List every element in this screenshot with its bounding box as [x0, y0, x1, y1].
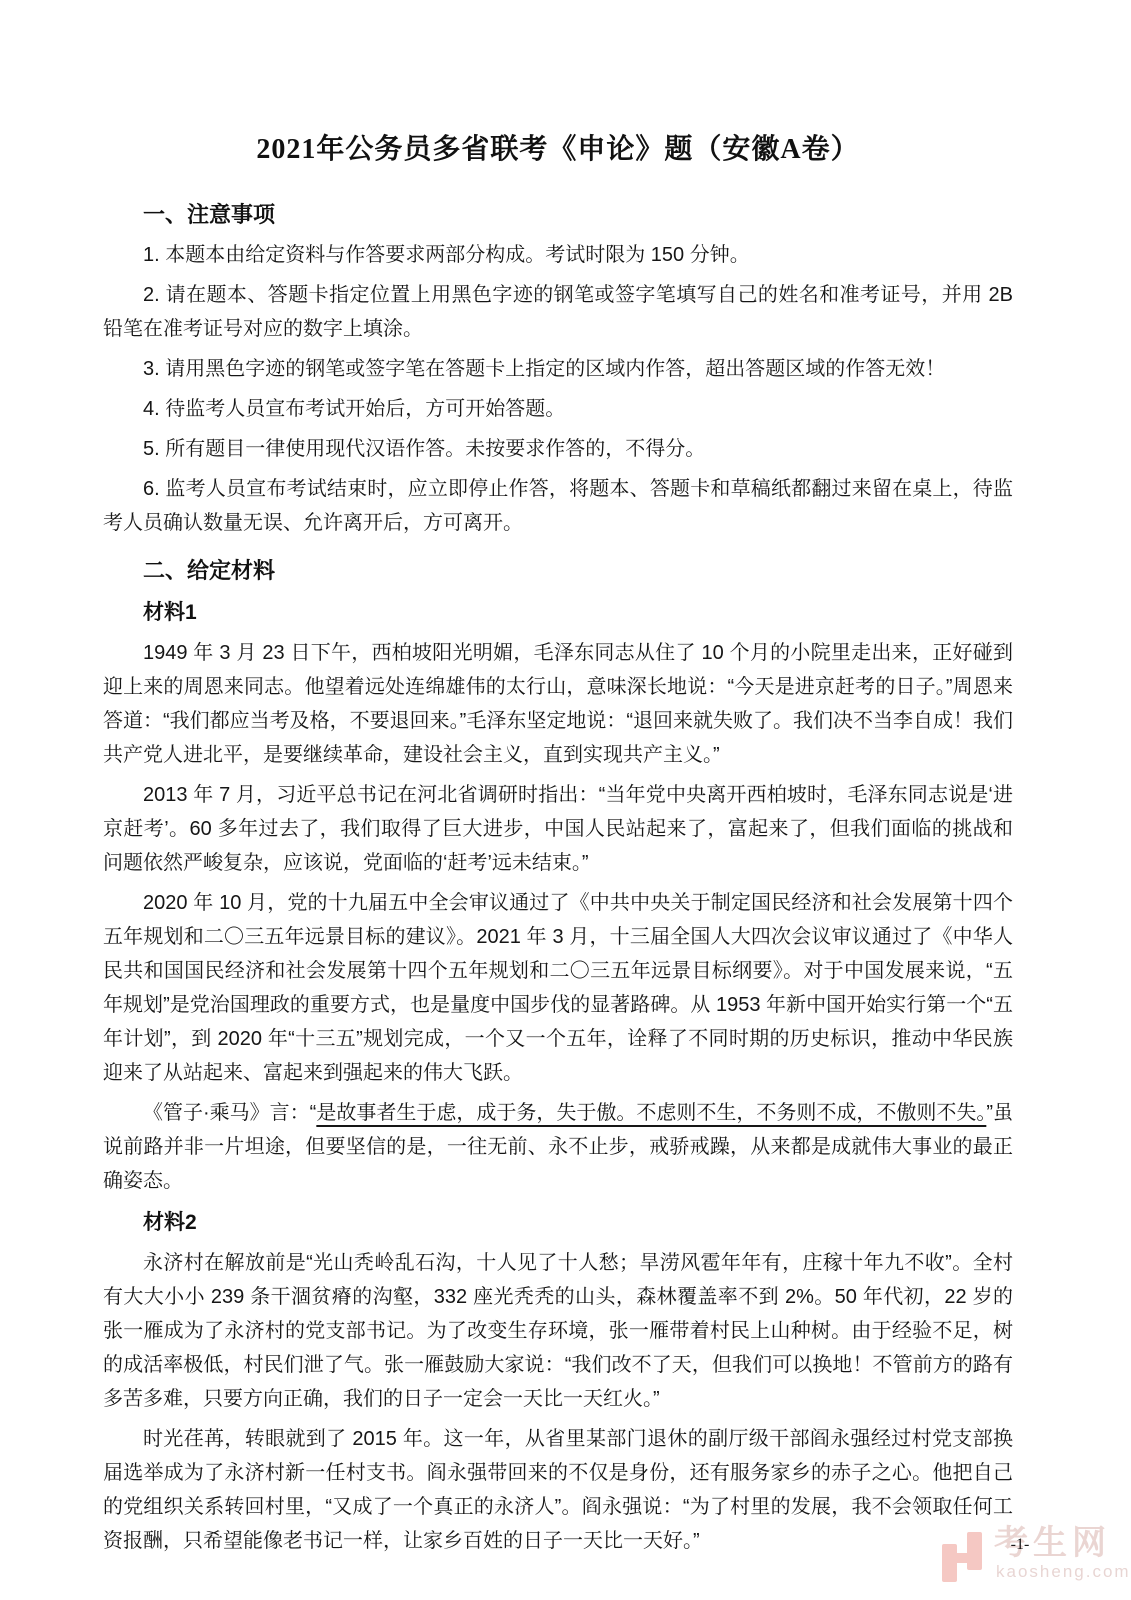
materials-heading: 二、给定材料 [103, 554, 1013, 588]
material-2-paragraph-1: 永济村在解放前是“光山秃岭乱石沟，十人见了十人愁；旱涝风雹年年有，庄稼十年九不收… [103, 1246, 1013, 1416]
material-1-paragraph-1: 1949 年 3 月 23 日下午，西柏坡阳光明媚，毛泽东同志从住了 10 个月… [103, 636, 1013, 772]
kaosheng-logo-icon [942, 1532, 984, 1582]
document-content: 2021年公务员多省联考《申论》题（安徽A卷） 一、注意事项 1. 本题本由给定… [103, 0, 1013, 1558]
quote-underlined-text: 是故事者生于虑，成于务，失于傲。不虑则不生，不务则不成，不傲则不失。 [316, 1102, 986, 1124]
notice-item-6: 6. 监考人员宣布考试结束时，应立即停止作答，将题本、答题卡和草稿纸都翻过来留在… [103, 472, 1013, 540]
material-1-paragraph-3: 2020 年 10 月，党的十九届五中全会审议通过了《中共中央关于制定国民经济和… [103, 886, 1013, 1090]
watermark-domain: kaosheng.com [996, 1562, 1131, 1582]
material-2-label: 材料2 [103, 1206, 1013, 1240]
page-title: 2021年公务员多省联考《申论》题（安徽A卷） [103, 130, 1013, 170]
material-1-paragraph-2: 2013 年 7 月，习近平总书记在河北省调研时指出：“当年党中央离开西柏坡时，… [103, 778, 1013, 880]
watermark: 考生网 kaosheng.com [942, 1522, 1127, 1592]
notice-heading: 一、注意事项 [103, 198, 1013, 232]
quote-prefix: 《管子·乘马》言：“ [143, 1102, 316, 1124]
material-1-quote-paragraph: 《管子·乘马》言：“是故事者生于虑，成于务，失于傲。不虑则不生，不务则不成，不傲… [103, 1096, 1013, 1198]
notice-item-4: 4. 待监考人员宣布考试开始后，方可开始答题。 [103, 392, 1013, 426]
notice-item-5: 5. 所有题目一律使用现代汉语作答。未按要求作答的，不得分。 [103, 432, 1013, 466]
notice-item-3: 3. 请用黑色字迹的钢笔或签字笔在答题卡上指定的区域内作答，超出答题区域的作答无… [103, 352, 1013, 386]
notice-item-2: 2. 请在题本、答题卡指定位置上用黑色字迹的钢笔或签字笔填写自己的姓名和准考证号… [103, 278, 1013, 346]
material-1-label: 材料1 [103, 596, 1013, 630]
page-number: -1- [1000, 1536, 1040, 1554]
document-page: 2021年公务员多省联考《申论》题（安徽A卷） 一、注意事项 1. 本题本由给定… [0, 0, 1131, 1600]
notice-item-1: 1. 本题本由给定资料与作答要求两部分构成。考试时限为 150 分钟。 [103, 238, 1013, 272]
material-2-paragraph-2: 时光荏苒，转眼就到了 2015 年。这一年，从省里某部门退休的副厅级干部阎永强经… [103, 1422, 1013, 1558]
